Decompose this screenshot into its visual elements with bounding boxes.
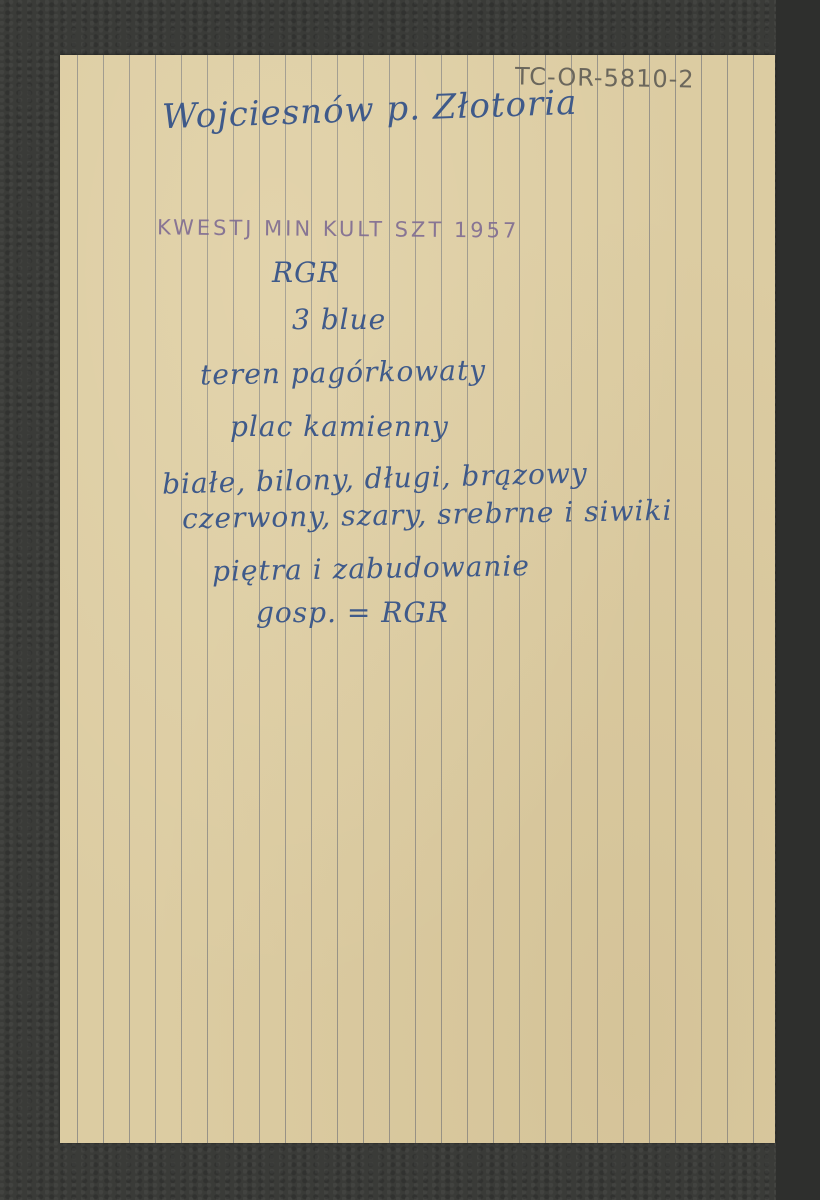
handwritten-line-square: plac kamienny — [230, 410, 449, 443]
handwritten-line-farm: gosp. = RGR — [256, 596, 449, 629]
handwritten-line-floors: piętra i zabudowanie — [212, 549, 530, 588]
handwritten-line-terrain: teren pagórkowaty — [200, 354, 487, 392]
ministry-stamp: KWESTJ MIN KULT SZT 1957 — [157, 215, 520, 242]
handwritten-line-3blue: 3 blue — [292, 303, 386, 336]
scanner-edge-strip — [776, 0, 820, 1200]
handwritten-line-rgr: RGR — [272, 256, 340, 289]
